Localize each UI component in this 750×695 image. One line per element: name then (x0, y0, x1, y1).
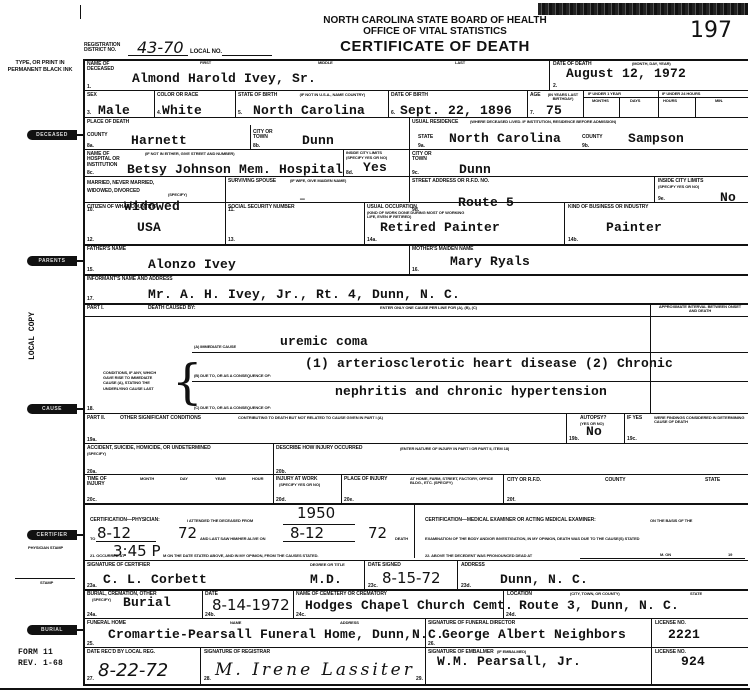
divider (414, 503, 415, 558)
death-label: DEATH (395, 537, 408, 541)
usual-residence-label: USUAL RESIDENCE (412, 120, 458, 125)
res-county-label: COUNTY (582, 135, 603, 140)
funeral-home-value: Cromartie-Pearsall Funeral Home, Dunn,N.… (108, 627, 444, 642)
findings-label: WERE FINDINGS CONSIDERED IN DETERMINING … (654, 416, 746, 424)
last-saw-year: 72 (368, 524, 387, 542)
form-number: FORM 11 (18, 648, 53, 657)
section-line (83, 589, 748, 591)
row-line (83, 413, 748, 414)
field-num-17: 17. (87, 296, 94, 302)
at-work-sublabel: (SPECIFY YES OR NO) (279, 483, 320, 487)
autopsy-value: No (586, 424, 602, 439)
marital-label: MARRIED, NEVER MARRIED, WIDOWED, DIVORCE… (87, 179, 175, 195)
industry-label: KIND OF BUSINESS OR INDUSTRY (568, 205, 648, 210)
divider (235, 90, 236, 117)
divider (202, 589, 203, 618)
divider (624, 413, 625, 443)
middle-sublabel: MIDDLE (318, 61, 333, 65)
occurred-time: 3:45 P (113, 542, 161, 560)
line-b-label: (b) DUE TO, OR AS A CONSEQUENCE OF: (194, 374, 271, 378)
line-c-label: (c) DUE TO, OR AS A CONSEQUENCE OF: (194, 406, 271, 410)
cemetery-label: NAME OF CEMETERY OR CREMATORY (296, 592, 387, 597)
field-num-2: 2. (553, 83, 557, 89)
injury-city-label: CITY OR R.F.D. (507, 478, 541, 483)
divider (341, 474, 342, 503)
res-city-label: CITY OR TOWN (412, 152, 432, 163)
cause-line-a: uremic coma (280, 334, 368, 349)
hospital-value: Betsy Johnson Mem. Hospital (127, 162, 343, 177)
agency-name: NORTH CAROLINA STATE BOARD OF HEALTH (270, 15, 600, 26)
last-saw-text: AND LAST SAW HIM/HER ALIVE ON (200, 537, 265, 541)
funeral-home-name-sub: NAME (230, 621, 241, 625)
divider (651, 618, 652, 685)
attended-from: 1950 (297, 504, 335, 522)
license-value: 2221 (668, 627, 700, 642)
citizen-label: CITIZEN OF WHAT COUNTRY? (87, 205, 157, 210)
attended-text: I ATTENDED THE DECEASED FROM (187, 519, 253, 523)
local-no-label: LOCAL NO. (190, 49, 222, 55)
field-num-27: 27. (87, 676, 94, 682)
dob-value: Sept. 22, 1896 (400, 103, 512, 118)
divider (619, 97, 620, 117)
mother-label: MOTHER'S MAIDEN NAME (412, 247, 473, 252)
date-of-death: August 12, 1972 (566, 66, 686, 81)
sex-label: SEX (87, 93, 97, 98)
divider (527, 90, 528, 117)
me-text-2: EXAMINATION OF THE BODY AND/OR INVESTIGA… (425, 537, 639, 541)
father-value: Alonzo Ivey (148, 257, 236, 272)
field-num-12: 12. (87, 237, 94, 243)
attended-to: 8-12 (97, 524, 131, 542)
row-line (83, 176, 748, 177)
funeral-home-label: FUNERAL HOME (87, 621, 126, 626)
last-sublabel: LAST (455, 61, 465, 65)
other-conditions-note: CONTRIBUTING TO DEATH BUT NOT RELATED TO… (238, 416, 383, 420)
section-line (83, 274, 748, 276)
res-state-value: North Carolina (449, 131, 561, 146)
first-sublabel: FIRST (200, 61, 211, 65)
location-sublabel: (CITY, TOWN, OR COUNTY) (570, 592, 620, 596)
last-saw-date: 8-12 (290, 524, 324, 542)
row-line (83, 117, 748, 118)
registrar-signature: M. Irene Lassiter (215, 660, 415, 680)
tab-deceased: DECEASED (27, 130, 77, 140)
divider (503, 589, 504, 618)
last-saw-underline (283, 541, 355, 542)
county-death-label: COUNTY (87, 133, 108, 138)
cause-line-c: nephritis and chronic hypertension (335, 384, 607, 399)
disposition-sublabel: (SPECIFY) (92, 598, 111, 602)
divider (154, 90, 155, 117)
res-county-value: Sampson (628, 131, 684, 146)
form-bottom-border (83, 684, 748, 686)
min-label: MIN. (715, 99, 723, 103)
date-signed-label: DATE SIGNED (368, 563, 401, 568)
time-month: MONTH (140, 477, 154, 481)
age-value: 75 (546, 103, 562, 118)
field-num-6: 6. (391, 110, 395, 116)
address-label: ADDRESS (461, 563, 485, 568)
recd-label: DATE REC'D BY LOCAL REG. (87, 650, 155, 655)
field-num-4: 4. (157, 110, 161, 116)
field-num-14b: 14b. (568, 237, 578, 243)
if-yes-label: IF YES (627, 416, 642, 421)
pronounced-label: 22. ABOVE THE DECEDENT WAS PRONOUNCED DE… (425, 554, 532, 558)
stamp-note: Stamp (40, 581, 53, 585)
res-city-value: Dunn (459, 162, 491, 177)
ssn-label: SOCIAL SECURITY NUMBER (228, 205, 295, 210)
divider (658, 90, 659, 117)
place-injury-sublabel: AT HOME, FARM, STREET, FACTORY, OFFICE B… (410, 477, 500, 485)
pronounced-19: 19 (728, 553, 732, 557)
divider (654, 176, 655, 202)
birth-state-label: STATE OF BIRTH (238, 93, 277, 98)
divider (388, 90, 389, 117)
injury-state-label: STATE (705, 478, 720, 483)
row-line (83, 647, 748, 648)
divider (583, 90, 584, 117)
degree-label: DEGREE OR TITLE (310, 563, 345, 567)
field-num-28: 28. (204, 676, 211, 682)
city-death-value: Dunn (302, 133, 334, 148)
divider (564, 202, 565, 244)
cemetery-value: Hodges Chapel Church Cemt. (305, 598, 513, 613)
sex-value: Male (98, 103, 130, 118)
time-day: DAY (180, 477, 188, 481)
page-number: 197 (690, 18, 732, 43)
form-left-border (83, 60, 85, 685)
other-conditions-label: OTHER SIGNIFICANT CONDITIONS (120, 416, 201, 421)
accident-sublabel: (SPECIFY) (87, 452, 106, 456)
location-value: Route 3, Dunn, N. C. (519, 598, 679, 613)
dob-label: DATE OF BIRTH (391, 93, 428, 98)
days-label: DAYS (630, 99, 640, 103)
field-num-14a: 14a. (367, 237, 377, 243)
location-label: LOCATION (507, 592, 532, 597)
row-line (83, 443, 748, 444)
divider (273, 443, 274, 503)
time-injury-label: TIME OF INJURY (87, 477, 115, 488)
city-death-label: CITY OR TOWN (253, 130, 273, 141)
to-label: TO (90, 537, 95, 541)
degree-value: M.D. (310, 572, 342, 587)
bracket-icon: { (172, 358, 203, 406)
divider (457, 560, 458, 589)
divider (695, 97, 696, 117)
embalmer-value: W.M. Pearsall, Jr. (437, 654, 581, 669)
director-value: George Albert Neighbors (442, 627, 626, 642)
hours-label: HOURS (663, 99, 677, 103)
race-value: White (162, 103, 202, 118)
me-cert-label: CERTIFICATION—MEDICAL EXAMINER OR ACTING… (425, 518, 596, 523)
occurred-rest: M ON THE DATE STATED ABOVE, AND IN MY OP… (163, 554, 318, 558)
row-line (83, 618, 748, 619)
divider (250, 125, 251, 149)
divider (225, 202, 226, 244)
field-num-19b: 19b. (569, 436, 579, 442)
tab-certifier: CERTIFIER (27, 530, 77, 540)
local-copy-label: LOCAL COPY (28, 312, 37, 360)
row-line (83, 316, 748, 317)
redacted-stamp (538, 3, 748, 15)
conditions-note: CONDITIONS, IF ANY, WHICH GAVE RISE TO I… (103, 370, 161, 391)
date-signed: 8-15-72 (382, 569, 441, 587)
attended-to-year: 72 (178, 524, 197, 542)
me-text-1: ON THE BASIS OF THE (650, 519, 692, 523)
occupation-sublabel: (KIND OF WORK DONE DURING MOST OF WORKIN… (367, 211, 467, 219)
divider (425, 618, 426, 685)
punch-mark (80, 5, 81, 19)
pronounced-underline (580, 558, 745, 559)
ink-instructions: TYPE, OR PRINT IN PERMANENT BLACK INK (5, 60, 75, 75)
time-year: YEAR (215, 477, 226, 481)
describe-label: DESCRIBE HOW INJURY OCCURRED (276, 446, 362, 451)
field-num-13: 13. (228, 237, 235, 243)
row-line (83, 149, 748, 150)
license-label: LICENSE NO. (655, 621, 686, 626)
certifier-signature-label: SIGNATURE OF CERTIFIER (87, 563, 150, 568)
disposition-value: Burial (123, 595, 171, 610)
local-no-underline (222, 55, 272, 56)
race-label: COLOR OR RACE (157, 93, 198, 98)
age-sublabel: (IN YEARS LAST BIRTHDAY) (545, 93, 581, 101)
recd-value: 8-22-72 (98, 660, 168, 681)
address-value: Dunn, N. C. (500, 572, 588, 587)
part1-label: PART I. (87, 306, 104, 311)
field-num-15: 15. (87, 267, 94, 273)
inside-city-death-value: Yes (363, 160, 387, 175)
field-num-5: 5. (238, 110, 242, 116)
decedent-name: Almond Harold Ivey, Sr. (132, 71, 316, 86)
location-state-label: STATE (690, 592, 702, 596)
caused-by-label: DEATH CAUSED BY: (148, 306, 195, 311)
row-line (83, 202, 225, 203)
funeral-home-address-sub: ADDRESS (340, 621, 359, 625)
field-num-3: 3. (87, 110, 91, 116)
cause-line (192, 352, 748, 353)
bottom-rule (0, 688, 750, 690)
describe-sublabel: (ENTER NATURE OF INJURY IN PART I OR PAR… (400, 447, 509, 451)
divider (200, 647, 201, 685)
mother-value: Mary Ryals (450, 254, 530, 269)
citizen-value: USA (137, 220, 161, 235)
occupation-value: Retired Painter (380, 220, 500, 235)
res-state-label: STATE (418, 135, 433, 140)
interval-label: APPROXIMATE INTERVAL BETWEEN ONSET AND D… (655, 305, 745, 313)
place-of-death-label: PLACE OF DEATH (87, 120, 129, 125)
county-death-value: Harnett (131, 133, 187, 148)
place-injury-label: PLACE OF INJURY (344, 477, 387, 482)
divider (343, 149, 344, 176)
tab-burial: BURIAL (27, 625, 77, 635)
father-label: FATHER'S NAME (87, 247, 126, 252)
field-num-29: 29. (416, 676, 423, 682)
field-num-18: 18. (87, 406, 94, 412)
registration-label: REGISTRATION DISTRICT NO. (84, 43, 124, 54)
field-num-19c: 19c. (627, 436, 637, 442)
page-title: CERTIFICATE OF DEATH (270, 38, 600, 55)
months-label: MONTHS (592, 99, 609, 103)
field-num-16: 16. (412, 267, 419, 273)
spouse-label: SURVIVING SPOUSE (228, 179, 276, 184)
ink-instructions-text: TYPE, OR PRINT IN PERMANENT BLACK INK (8, 60, 73, 73)
informant-label: INFORMANT'S NAME AND ADDRESS (87, 277, 173, 282)
registrar-label: SIGNATURE OF REGISTRAR (204, 650, 270, 655)
hospital-label: NAME OF HOSPITAL OR INSTITUTION (87, 152, 125, 168)
pronounced-m: M. ON (660, 553, 671, 557)
divider (549, 59, 550, 90)
cause-instruction: ENTER ONLY ONE CAUSE PER LINE FOR (a), (… (380, 306, 477, 310)
inside-city-res-sublabel: (SPECIFY YES OR NO) (658, 185, 699, 189)
marital-sublabel: (SPECIFY) (168, 193, 187, 197)
divider (409, 117, 410, 202)
informant-value: Mr. A. H. Ivey, Jr., Rt. 4, Dunn, N. C. (148, 287, 460, 302)
spouse-sublabel: (IF WIFE, GIVE MAIDEN NAME) (290, 179, 346, 183)
stamp-line (15, 578, 75, 579)
birth-state-sublabel: (IF NOT IN U.S.A., NAME COUNTRY) (290, 93, 365, 97)
form-revision: REV. 1-68 (18, 659, 63, 668)
embalmer-license-value: 924 (681, 654, 705, 669)
row-line (83, 474, 748, 475)
certifier-signature: C. L. Corbett (103, 572, 207, 587)
line-a-label: (a) IMMEDIATE CAUSE (194, 345, 236, 349)
tab-parents: PARENTS (27, 256, 77, 266)
row-line (83, 560, 748, 561)
time-hour: HOUR (252, 477, 263, 481)
office-name: OFFICE OF VITAL STATISTICS (270, 26, 600, 37)
section-line (83, 503, 748, 505)
decedent-name-label: NAME OF DECEASED (87, 62, 117, 73)
divider (566, 413, 567, 443)
under-24-hours-label: IF UNDER 24 HOURS (662, 92, 700, 96)
divider (293, 589, 294, 618)
tab-cause: CAUSE (27, 404, 77, 414)
under-1-year-label: IF UNDER 1 YEAR (588, 92, 621, 96)
burial-date: 8-14-1972 (212, 596, 290, 614)
birth-state-value: North Carolina (253, 103, 365, 118)
cause-line-b: (1) arteriosclerotic heart disease (2) C… (305, 356, 673, 371)
registration-underline (128, 55, 188, 56)
street-label: STREET ADDRESS OR R.F.D. No. (412, 179, 489, 184)
divider (364, 560, 365, 589)
hospital-sublabel: (IF NOT IN EITHER, GIVE STREET AND NUMBE… (145, 152, 234, 156)
divider (364, 202, 365, 244)
industry-value: Painter (606, 220, 662, 235)
field-num-7: 7. (530, 110, 534, 116)
cause-line (192, 381, 748, 382)
divider (503, 474, 504, 503)
part2-label: PART II. (87, 416, 105, 421)
divider (409, 244, 410, 274)
physician-cert-label: CERTIFICATION—PHYSICIAN: (90, 518, 160, 523)
row-line (83, 90, 748, 91)
age-label: AGE (530, 93, 541, 98)
injury-county-label: COUNTY (605, 478, 626, 483)
usual-residence-sublabel: (WHERE DECEASED LIVED. IF INSTITUTION, R… (470, 120, 616, 124)
physician-stamp-note: Physician Stamp (28, 546, 63, 550)
director-label: SIGNATURE OF FUNERAL DIRECTOR (428, 621, 515, 626)
